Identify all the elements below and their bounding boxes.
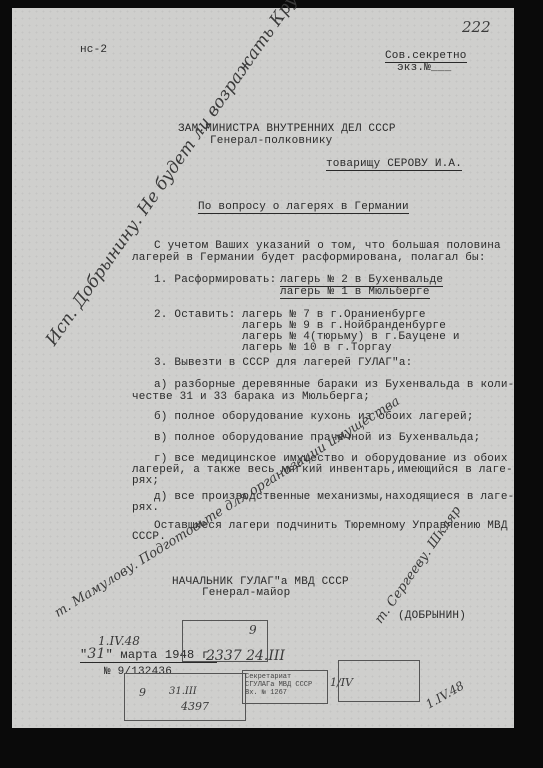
item3-a1: а) разборные деревянные бараки из Бухенв…: [154, 379, 514, 391]
date-day: 31: [87, 646, 105, 662]
intro-line1: С учетом Ваших указаний о том, что больш…: [154, 240, 501, 252]
handwritten-date: 1.IV.48: [98, 634, 140, 648]
addressee-line2: Генерал-полковнику: [210, 135, 332, 147]
registry-stamp-1: 9 31.III 4397: [124, 673, 246, 721]
addressee-name: товарищу СЕРОВУ И.А.: [326, 158, 462, 171]
item3-e1: д) все производственные механизмы,находя…: [154, 491, 514, 503]
registry-stamp-3: [338, 660, 420, 702]
signer-title2: Генерал-майор: [202, 587, 290, 599]
item3-e2: рях.: [132, 502, 159, 514]
item3-label: 3. Вывезти в СССР для лагерей ГУЛАГ"а:: [154, 357, 412, 369]
doc-code: нс-2: [80, 44, 107, 56]
item1-label: 1. Расформировать:: [154, 274, 276, 286]
copy-number: экз.№___: [397, 62, 451, 74]
item2-label: 2. Оставить:: [154, 309, 236, 321]
signer-name: (ДОБРЫНИН): [398, 610, 466, 622]
secretariat-stamp: Секретариат СГУЛАГа МВД СССР Вх. № 1267: [242, 670, 328, 704]
page-number: 222: [462, 18, 491, 36]
item3-b: б) полное оборудование кухонь из обоих л…: [154, 411, 474, 423]
item3-a2: честве 31 и 33 барака из Мюльберга;: [132, 391, 370, 403]
item3-d3: рях;: [132, 475, 159, 487]
stamp2-handwriting: 2337 24.III: [206, 648, 285, 664]
item1-b: лагерь № 1 в Мюльберге: [280, 286, 430, 299]
item3-d2: лагерей, а также весь мягкий инвентарь,и…: [132, 464, 513, 476]
handwritten-date-2: 1.IV.48: [423, 678, 466, 711]
intro-line2: лагерей в Германии будет расформирована,…: [132, 252, 486, 264]
subject: По вопросу о лагерях в Германии: [198, 201, 409, 214]
item2-d: лагерь № 10 в г.Торгау: [242, 342, 392, 354]
document-page: 222 нс-2 Сов.секретно экз.№___ ЗАМ.МИНИС…: [12, 8, 514, 728]
